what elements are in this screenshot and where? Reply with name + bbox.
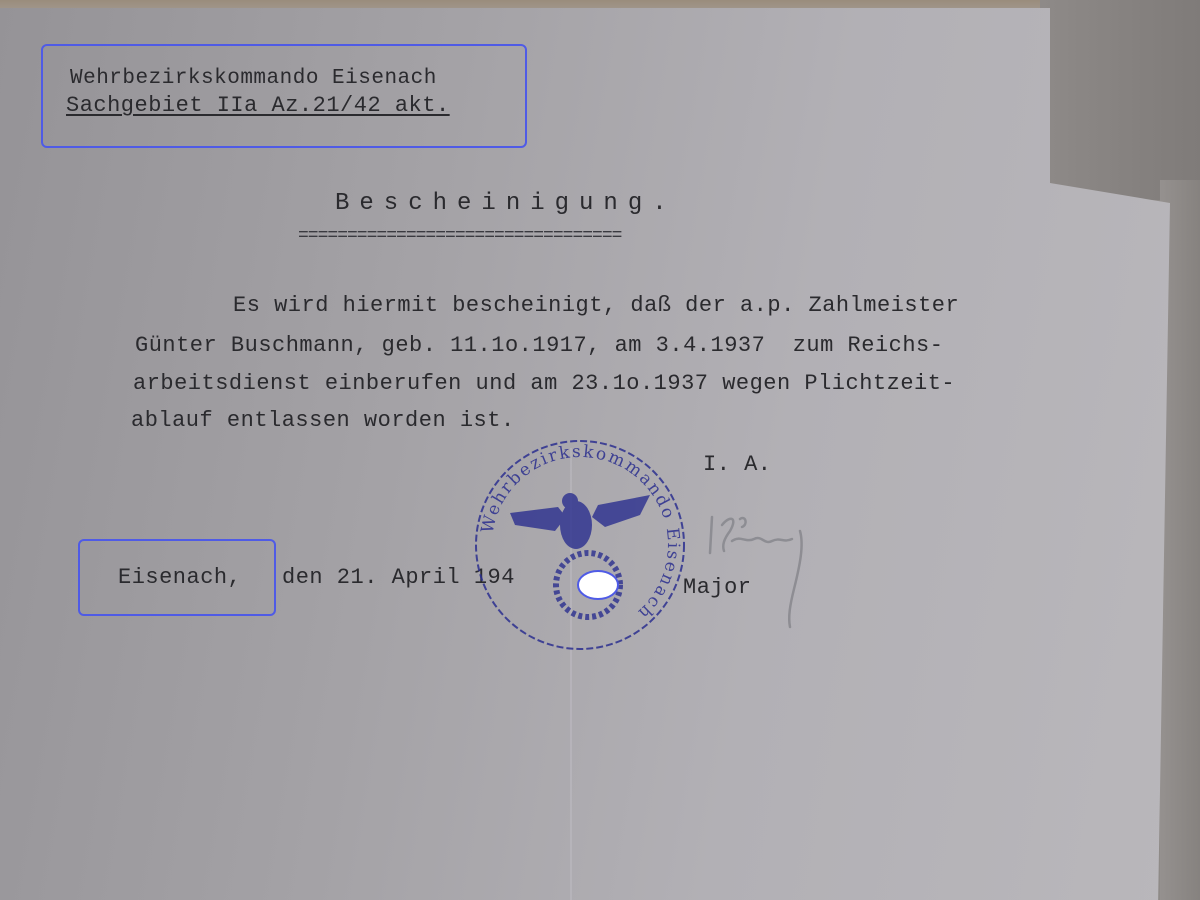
title-underline-rule: =================================: [298, 226, 621, 246]
background-sheet: [1040, 0, 1200, 200]
signature-prefix: I. A.: [703, 452, 772, 477]
body-line-2: Günter Buschmann, geb. 11.1o.1917, am 3.…: [135, 333, 943, 358]
document-title: Bescheinigung.: [335, 190, 677, 217]
place-name: Eisenach,: [118, 565, 241, 590]
body-line-4: ablauf entlassen worden ist.: [131, 408, 515, 433]
body-line-1: Es wird hiermit bescheinigt, daß der a.p…: [233, 293, 959, 318]
eagle-emblem-icon: [510, 493, 650, 617]
body-line-3: arbeitsdienst einberufen und am 23.1o.19…: [133, 371, 955, 396]
header-authority: Wehrbezirkskommando Eisenach: [70, 67, 437, 90]
signatory-rank: Major: [683, 575, 752, 600]
redaction-mark: [578, 571, 618, 599]
header-reference: Sachgebiet IIa Az.21/42 akt.: [66, 93, 450, 118]
official-stamp-icon: Wehrbezirkskommando Eisenach: [470, 435, 690, 655]
handwritten-signature-icon: [700, 505, 830, 635]
